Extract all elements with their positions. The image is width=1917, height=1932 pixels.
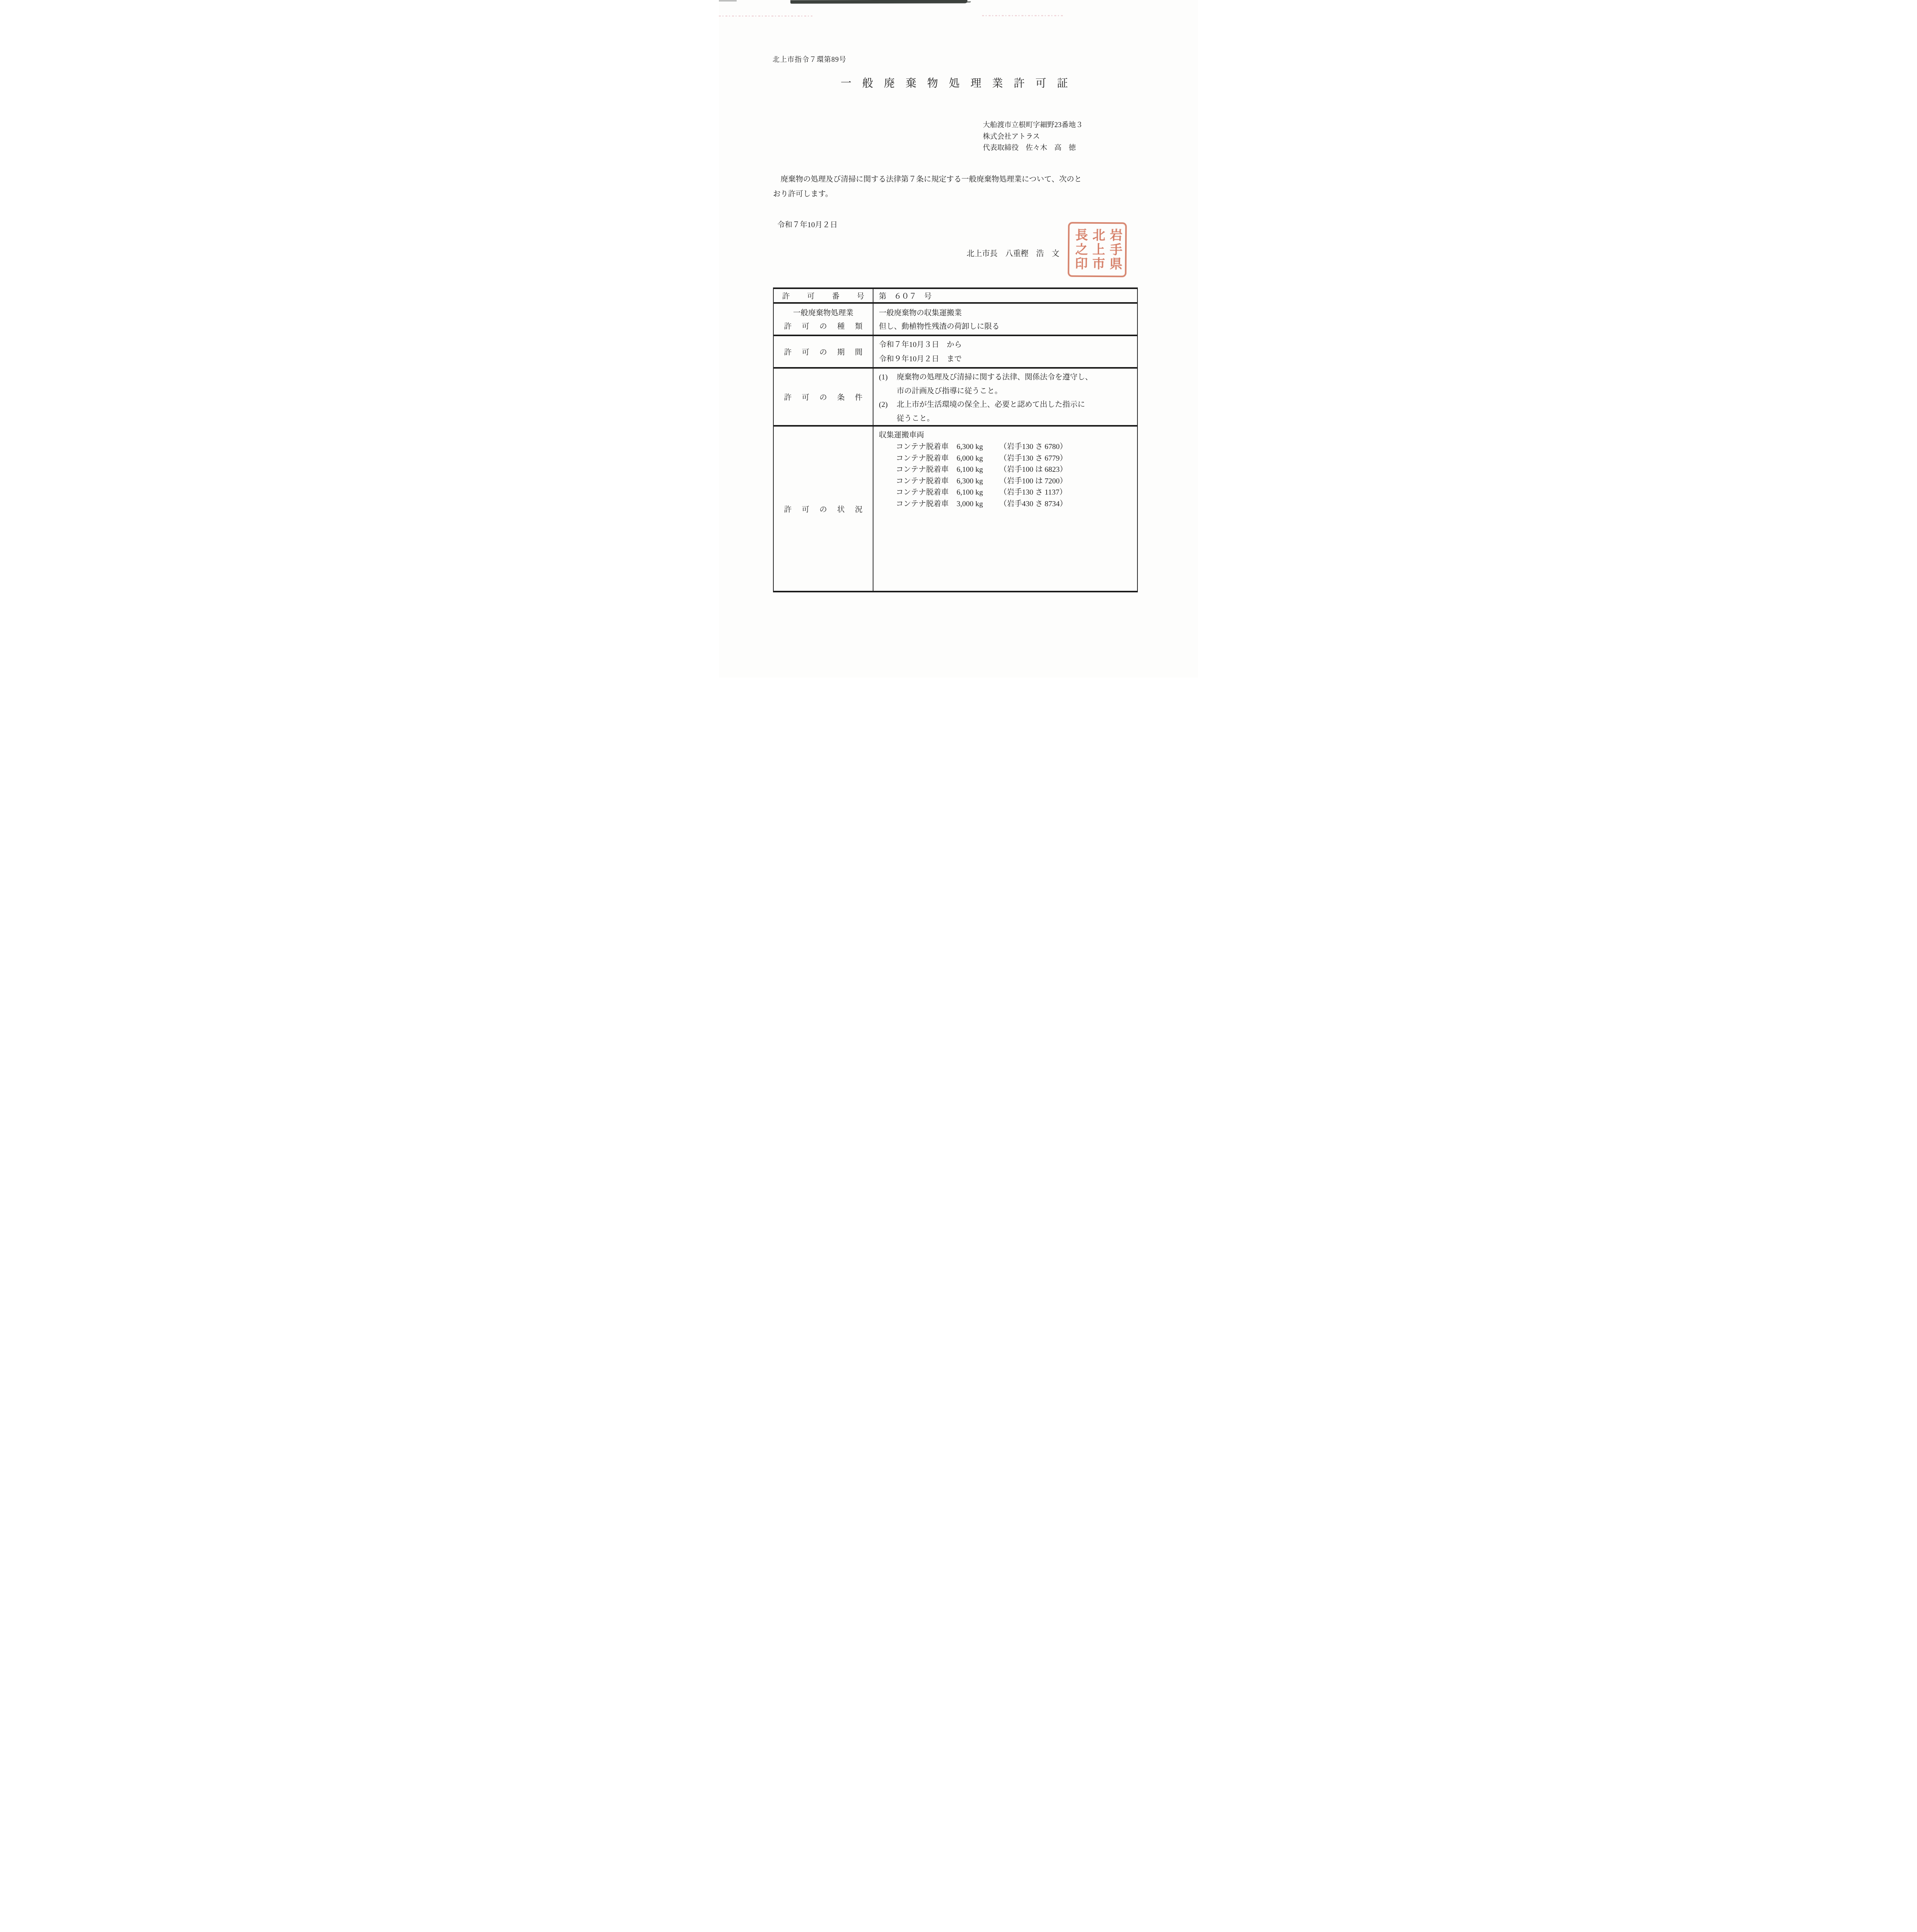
vehicle-weight: 6,000 kg [957,453,998,464]
vehicle-plate: （岩手100 は 7200） [999,477,1067,485]
vehicle-type: コンテナ脱着車 [896,441,955,453]
vehicle-plate: （岩手130 さ 6779） [999,454,1067,463]
permit-number-label-cell: 許可番号 [774,289,873,302]
vehicle-plate: （岩手100 は 6823） [999,466,1067,474]
permit-period-label-cell: 許可の期間 [774,336,873,367]
vehicle-row: コンテナ脱着車 6,100 kg （岩手130 さ 1137） [896,487,1137,498]
permit-type-label-line2: 許可の種類 [784,320,873,331]
vehicle-row: コンテナ脱着車 6,300 kg （岩手100 は 7200） [896,476,1137,487]
seal-column-left: 長之印 [1073,228,1086,271]
condition-item-2: (2) 北上市が生活環境の保全上、必要と認めて出した指示に [879,398,1137,412]
permit-status-value-cell: 収集運搬車両 コンテナ脱着車 6,300 kg （岩手130 さ 6780） コ… [873,427,1137,591]
vehicle-list: コンテナ脱着車 6,300 kg （岩手130 さ 6780） コンテナ脱着車 … [879,441,1137,510]
permit-table: 許可番号 第 ６０７ 号 一般廃棄物処理業 許可の種類 一般廃棄物の収集運搬業 … [773,287,1138,592]
permit-type-label-cell: 一般廃棄物処理業 許可の種類 [774,304,873,335]
condition-1-text: 廃棄物の処理及び清掃に関する法律、関係法令を遵守し、 [897,371,1093,384]
vehicle-type: コンテナ脱着車 [896,464,955,476]
recipient-address: 大船渡市立根町字細野23番地３ [983,120,1083,131]
document-number: 北上市指令７環第89号 [773,54,846,64]
certificate-title-text: 一般廃棄物処理業許可証 [841,78,1079,90]
vehicle-plate: （岩手130 さ 6780） [999,443,1067,451]
scanned-permit-document: 北上市指令７環第89号 一般廃棄物処理業許可証 大船渡市立根町字細野23番地３ … [719,0,1198,678]
vehicle-type: コンテナ脱着車 [896,498,955,510]
table-row-permit-type: 一般廃棄物処理業 許可の種類 一般廃棄物の収集運搬業 但し、動植物性残渣の荷卸し… [774,304,1137,336]
permit-type-label-line1: 一般廃棄物処理業 [793,307,853,318]
table-row-permit-conditions: 許可の条件 (1) 廃棄物の処理及び清掃に関する法律、関係法令を遵守し、 市の計… [774,369,1137,427]
vehicle-row: コンテナ脱着車 3,000 kg （岩手430 さ 8734） [896,498,1137,510]
condition-1-number: (1) [879,371,890,384]
vehicle-type: コンテナ脱着車 [896,487,955,498]
vehicle-weight: 6,100 kg [957,487,998,498]
permit-period-label: 許可の期間 [784,346,873,357]
certificate-title: 一般廃棄物処理業許可証 [719,75,1190,90]
vehicle-row: コンテナ脱着車 6,300 kg （岩手130 さ 6780） [896,441,1137,453]
vehicle-weight: 3,000 kg [957,498,998,510]
vehicle-type: コンテナ脱着車 [896,453,955,464]
permit-type-value-line2: 但し、動植物性残渣の荷卸しに限る [879,320,1137,331]
table-row-permit-status: 許可の状況 収集運搬車両 コンテナ脱着車 6,300 kg （岩手130 さ 6… [774,427,1137,591]
vehicle-weight: 6,300 kg [957,476,998,487]
permit-number-label: 許可番号 [782,290,882,301]
vehicle-row: コンテナ脱着車 6,100 kg （岩手100 は 6823） [896,464,1137,476]
condition-2-continuation: 従うこと。 [879,412,1137,426]
table-row-permit-period: 許可の期間 令和７年10月３日 から 令和９年10月２日 まで [774,336,1137,369]
seal-column-middle: 北上市 [1091,228,1104,271]
permit-conditions-label: 許可の条件 [784,391,873,402]
scan-artifact-noise-left [719,15,812,17]
condition-2-text: 北上市が生活環境の保全上、必要と認めて出した指示に [897,398,1085,412]
recipient-representative: 代表取締役 佐々木 高 徳 [983,143,1083,154]
vehicle-weight: 6,100 kg [957,464,998,476]
recipient-company: 株式会社アトラス [983,131,1083,143]
vehicle-plate: （岩手130 さ 1137） [999,488,1067,497]
scan-artifact-top-band [790,0,967,3]
permit-status-label: 許可の状況 [784,503,873,514]
condition-1-continuation: 市の計画及び指導に従うこと。 [879,384,1137,398]
permit-period-from: 令和７年10月３日 から [879,338,1137,349]
permit-number-value: 第 ６０７ 号 [879,290,1137,301]
scan-artifact-noise-right [982,15,1064,16]
permit-conditions-label-cell: 許可の条件 [774,369,873,425]
permit-period-value-cell: 令和７年10月３日 から 令和９年10月２日 まで [873,336,1137,367]
condition-item-1: (1) 廃棄物の処理及び清掃に関する法律、関係法令を遵守し、 [879,371,1137,384]
permit-conditions-value-cell: (1) 廃棄物の処理及び清掃に関する法律、関係法令を遵守し、 市の計画及び指導に… [873,369,1137,425]
recipient-block: 大船渡市立根町字細野23番地３ 株式会社アトラス 代表取締役 佐々木 高 徳 [983,120,1083,154]
scan-artifact-top-left [719,0,737,2]
body-paragraph-line-1: 廃棄物の処理及び清掃に関する法律第７条に規定する一般廃棄物処理業について、次のと [773,172,1154,187]
mayor-red-seal: 岩手県 北上市 長之印 [1068,222,1127,277]
vehicle-plate: （岩手430 さ 8734） [999,500,1067,508]
issue-date: 令和７年10月２日 [777,219,838,230]
vehicle-list-heading: 収集運搬車両 [879,429,1137,441]
permit-period-to: 令和９年10月２日 まで [879,353,1137,364]
vehicle-type: コンテナ脱着車 [896,476,955,487]
table-row-permit-number: 許可番号 第 ６０７ 号 [774,289,1137,304]
permit-status-label-cell: 許可の状況 [774,427,873,591]
seal-column-right: 岩手県 [1108,228,1121,271]
vehicle-row: コンテナ脱着車 6,000 kg （岩手130 さ 6779） [896,453,1137,464]
vehicle-weight: 6,300 kg [957,441,998,453]
permit-number-value-cell: 第 ６０７ 号 [873,289,1137,302]
permit-type-value-line1: 一般廃棄物の収集運搬業 [879,307,1137,318]
condition-2-number: (2) [879,398,890,412]
issuer-mayor-name: 北上市長 八重樫 浩 文 [967,247,1059,259]
body-paragraph: 廃棄物の処理及び清掃に関する法律第７条に規定する一般廃棄物処理業について、次のと… [773,172,1154,202]
body-paragraph-line-2: おり許可します。 [773,187,1154,202]
permit-type-value-cell: 一般廃棄物の収集運搬業 但し、動植物性残渣の荷卸しに限る [873,304,1137,335]
